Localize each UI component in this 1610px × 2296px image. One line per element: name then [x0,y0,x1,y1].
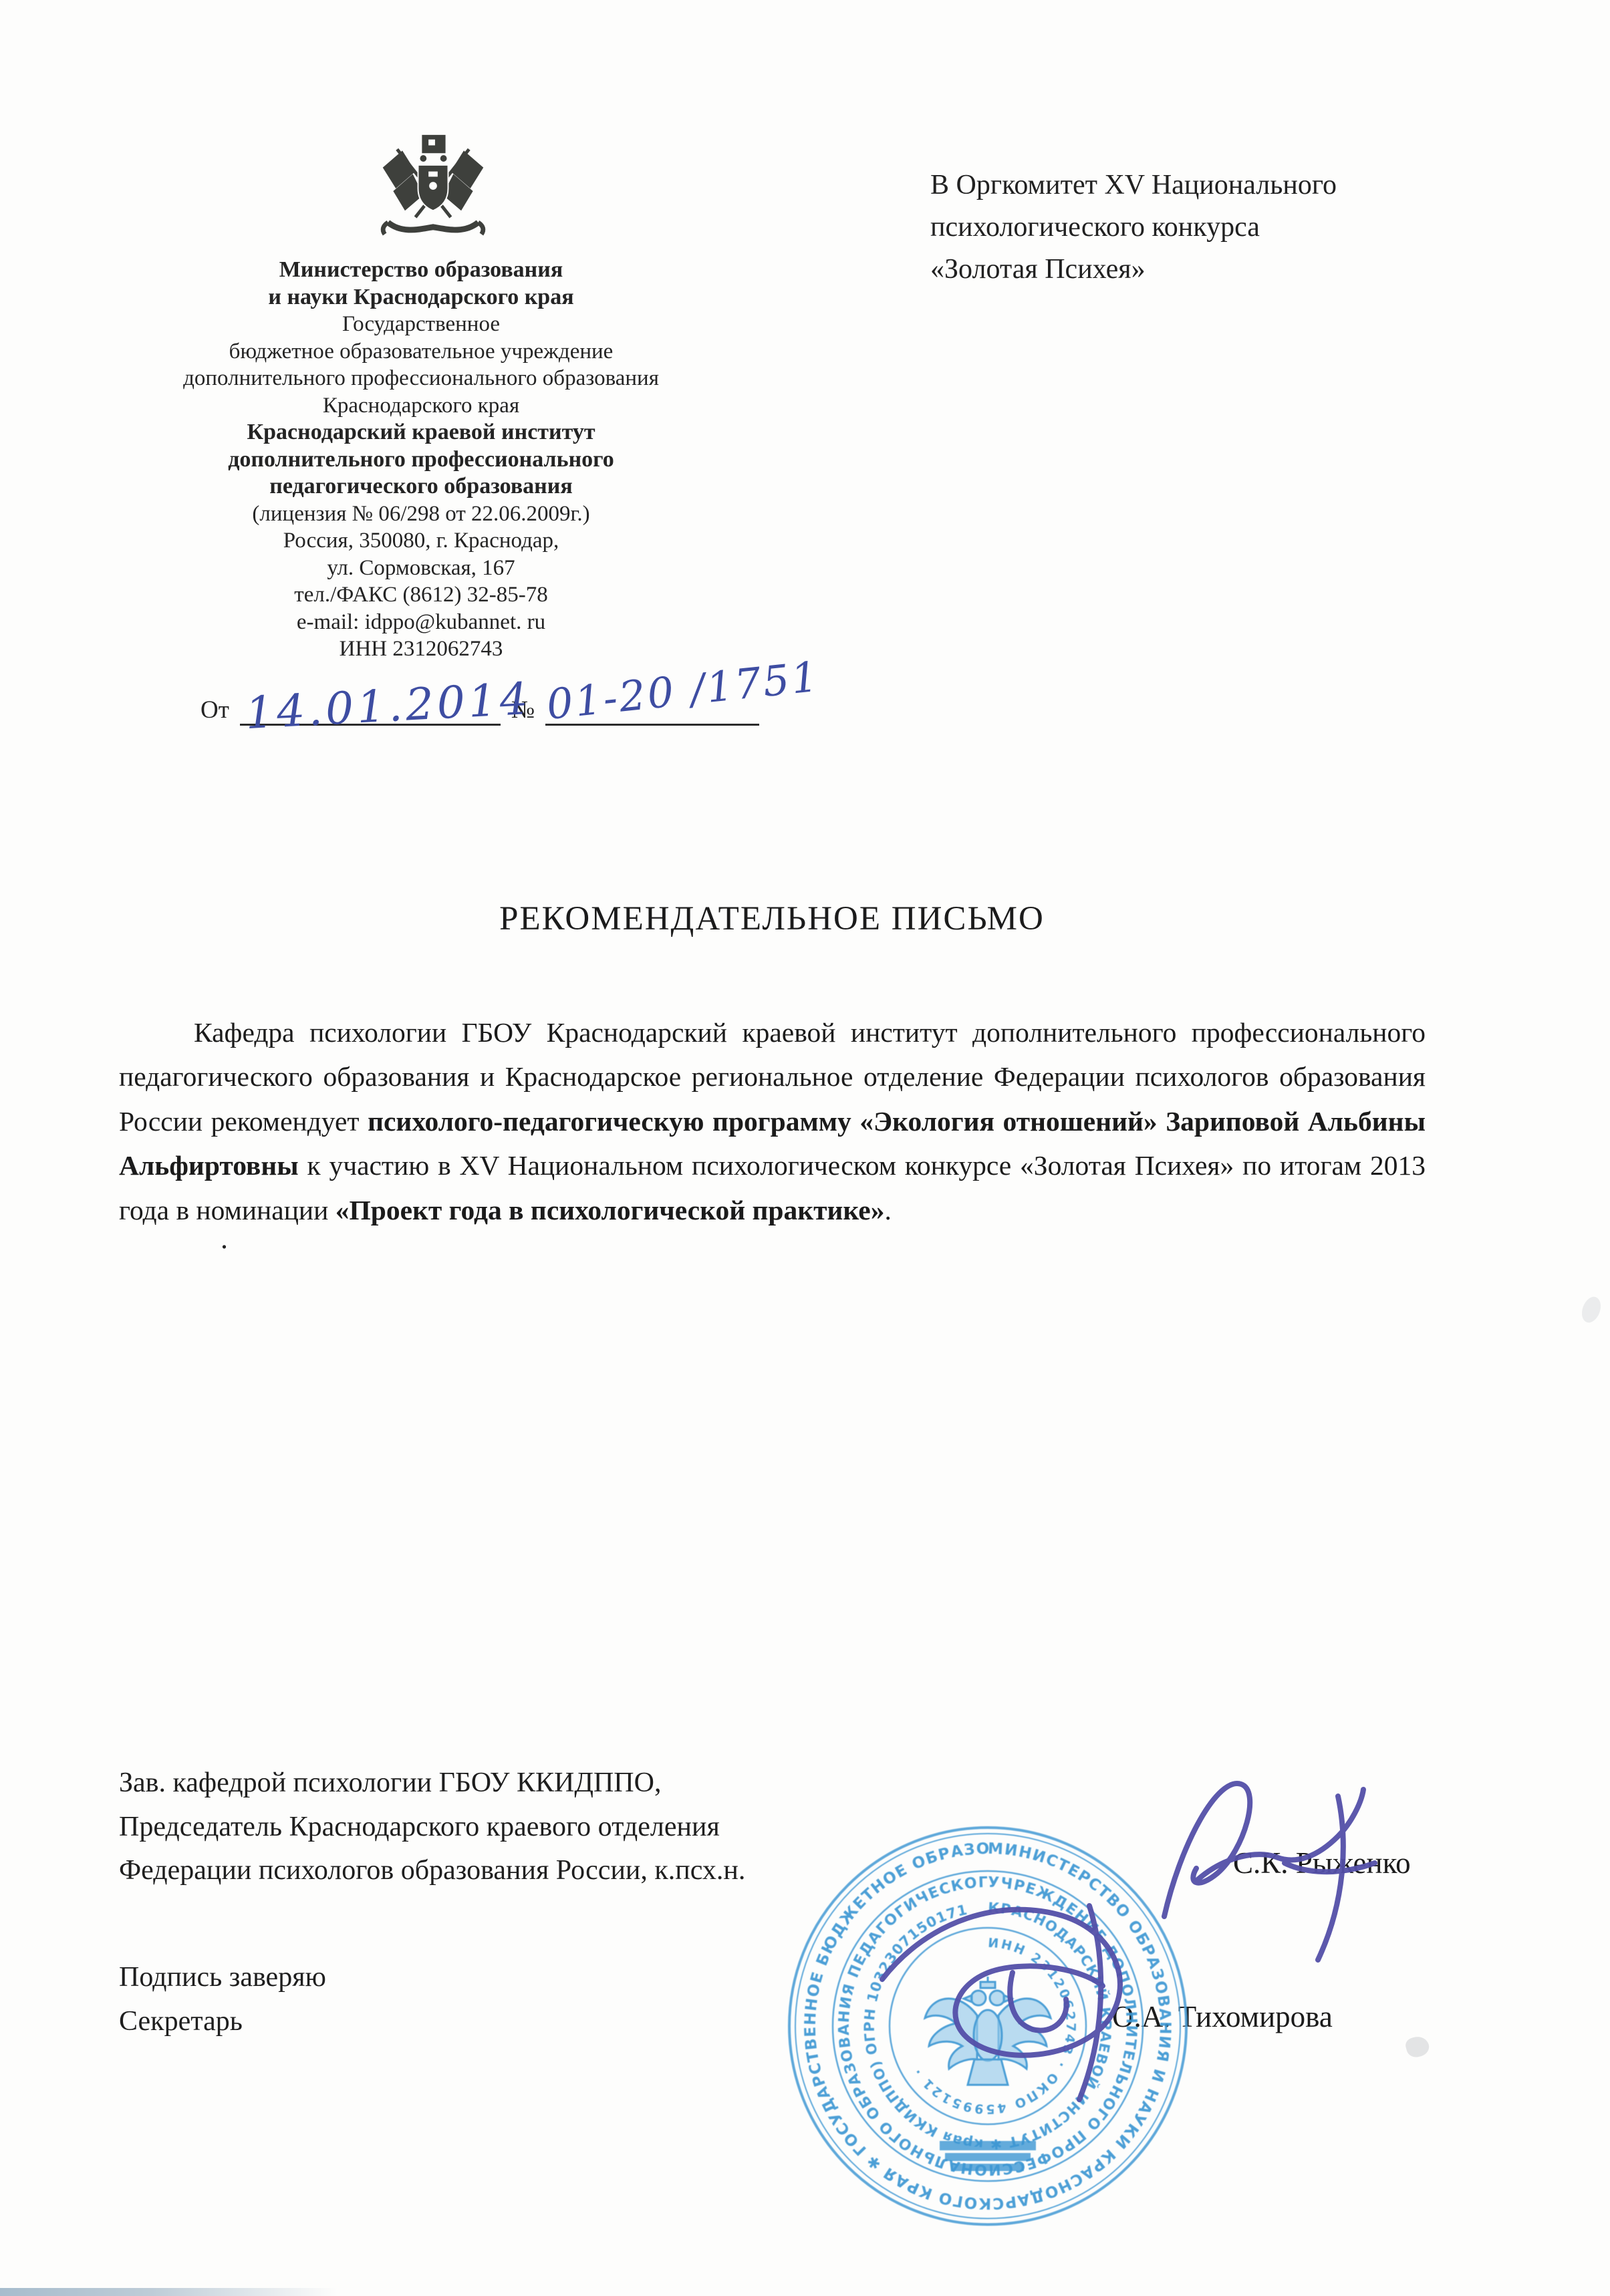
date-number-row: От 14.01.2014 № 01-20 /1751 [200,672,869,726]
letterhead-institute-line3: педагогического образования [100,473,742,500]
scanned-letter-page: Министерство образования и науки Краснод… [0,0,1610,2296]
recipient-line3: «Золотая Психея» [930,249,1458,291]
recipient-line1: В Оргкомитет XV Национального [930,164,1458,206]
handwritten-date: 14.01.2014 [244,673,532,739]
number-line: 01-20 /1751 [545,686,759,726]
letterhead-inn: ИНН 2312062743 [100,635,742,663]
letterhead-address-line2: ул. Сормовская, 167 [100,555,742,582]
certify-line2: Секретарь [119,1999,654,2043]
letterhead-institute-line1: Краснодарский краевой институт [100,419,742,446]
letterhead-license: (лицензия № 06/298 от 22.06.2009г.) [100,500,742,528]
date-label: От [200,696,229,726]
letterhead-email: e-mail: idppo@kubannet. ru [100,609,742,636]
handwritten-number: 01-20 /1751 [545,652,823,729]
scan-edge-artifact [0,2288,338,2296]
letterhead: Министерство образования и науки Краснод… [100,131,742,663]
signatory-line1: Зав. кафедрой психологии ГБОУ ККИДППО, [119,1761,921,1806]
stamp-bottom-block [940,2141,1036,2171]
letterhead-address-line1: Россия, 350080, г. Краснодар, [100,527,742,555]
date-line: 14.01.2014 [240,686,501,726]
letterhead-ministry-line2: и науки Краснодарского края [100,284,742,311]
recipient-line2: психологического конкурса [930,206,1458,249]
letterhead-gov-line4: Краснодарского края [100,392,742,420]
letterhead-gov-line1: Государственное [100,311,742,338]
letterhead-institute-line2: дополнительного профессионального [100,446,742,474]
certify-line1: Подпись заверяю [119,1955,654,1999]
scan-smudge [1579,1294,1604,1325]
body-text-bold-nomination: «Проект года в психологической практике» [336,1195,885,1226]
stray-period-mark: . [221,1222,228,1256]
certification-block: Подпись заверяю Секретарь [119,1955,654,2043]
document-title: РЕКОМЕНДАТЕЛЬНОЕ ПИСЬМО [321,899,1223,938]
letterhead-ministry-line1: Министерство образования [100,257,742,284]
scan-smudge [1404,2034,1432,2059]
recipient-block: В Оргкомитет XV Национального психологич… [930,164,1458,291]
letterhead-gov-line2: бюджетное образовательное учреждение [100,338,742,366]
krasnodar-coat-of-arms-icon [112,131,754,249]
letterhead-gov-line3: дополнительного профессионального образо… [100,365,742,392]
body-paragraph: Кафедра психологии ГБОУ Краснодарский кр… [119,1010,1426,1233]
body-text: . [884,1195,891,1226]
tikhomirova-signature [869,1879,1190,2106]
letterhead-phone: тел./ФАКС (8612) 32-85-78 [100,581,742,609]
